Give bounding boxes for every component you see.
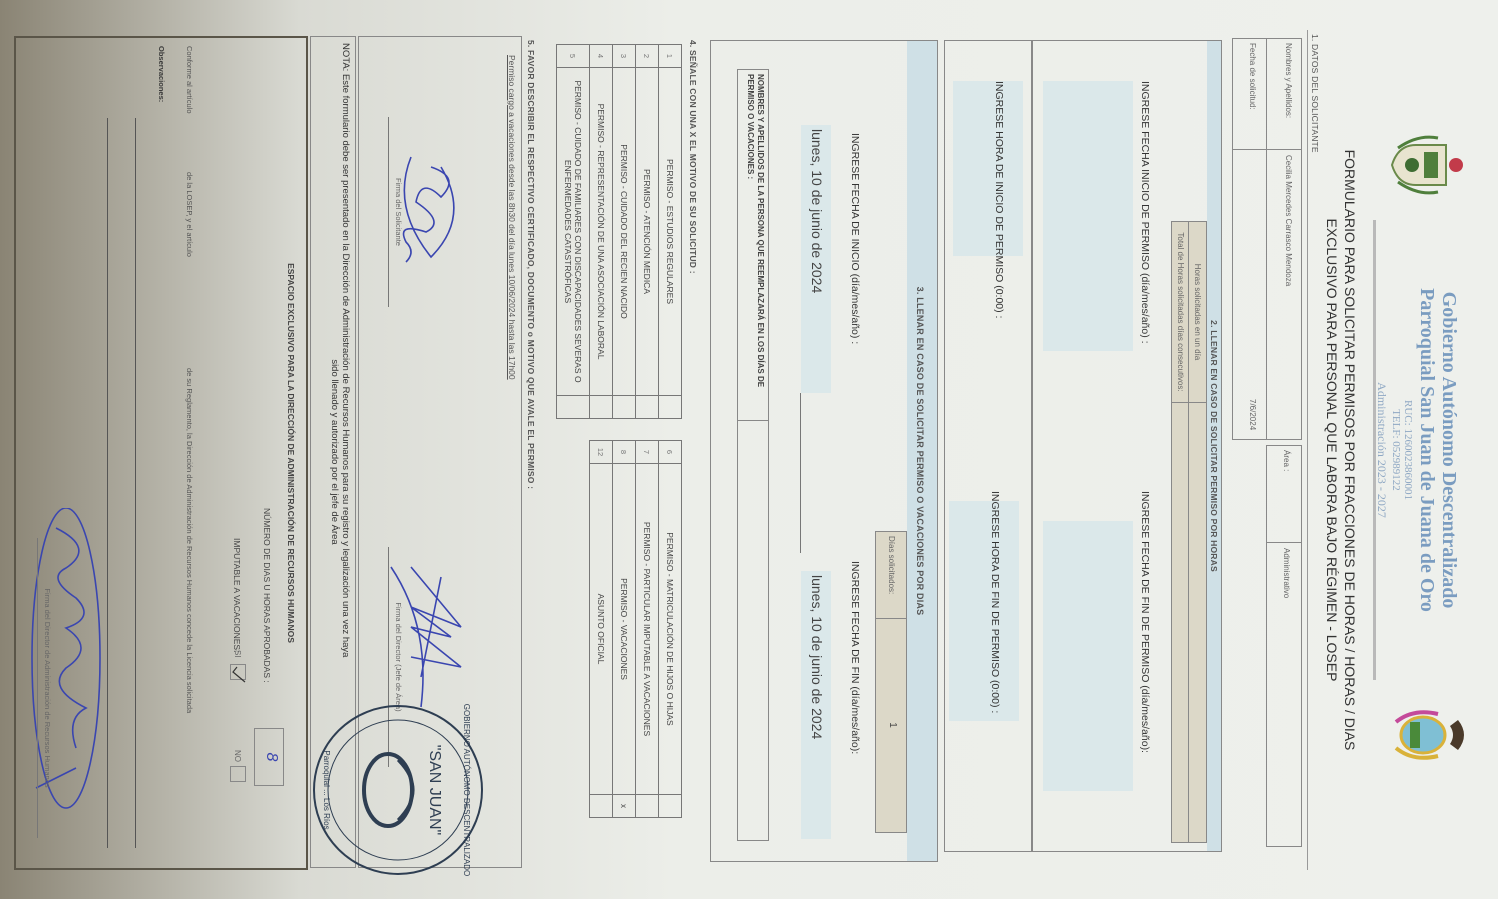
hr-signature-caption: Firma del Director de Administración de … bbox=[43, 538, 52, 838]
reason-row: 6PERMISO - MATRICULACIÓN DE HIJOS O HIJA… bbox=[659, 441, 682, 818]
reason-checkbox[interactable] bbox=[636, 396, 659, 419]
days-table: Días solicitados: 1 bbox=[875, 531, 907, 833]
request-date-label: Fecha de solicitud: bbox=[1248, 43, 1257, 110]
ecuador-coat-of-arms-logo bbox=[1388, 700, 1468, 770]
stamp-center-text: "SAN JUAN" bbox=[426, 745, 443, 835]
name-label: Nombres y Apellidos: bbox=[1284, 43, 1293, 118]
hours-total-label: Total de Horas solicitadas días consecut… bbox=[1176, 222, 1185, 402]
reason-row: 12ASUNTO OFICIAL bbox=[590, 441, 613, 818]
parish-coat-of-arms-logo bbox=[1388, 130, 1468, 200]
applicant-signature-caption: Firma del Solicitante bbox=[394, 117, 403, 307]
reason-row: 5PERMISO - CUIDADO DE FAMILIARES CON DIS… bbox=[557, 45, 590, 419]
hr-director-signature bbox=[16, 508, 106, 818]
section3-days-box: 3. LLENAR EN CASO DE SOLICITAR PERMISO O… bbox=[710, 40, 938, 862]
reason-row: 7PERMISO - PARTICULAR IMPUTABLE A VACACI… bbox=[636, 441, 659, 818]
hr-exclusive-box: ESPACIO EXCLUSIVO PARA LA DIRECCIÓN DE A… bbox=[14, 36, 308, 870]
days-end-value: lunes, 10 de junio de 2024 bbox=[803, 571, 831, 839]
reason-number: 7 bbox=[636, 441, 659, 464]
hours-day-label: Horas solicitadas en un día bbox=[1193, 222, 1202, 402]
hours-end-time-field[interactable] bbox=[949, 501, 1019, 721]
section1-title: 1. DATOS DEL SOLICITANTE bbox=[1310, 34, 1320, 153]
org-administration: Administración 2023 - 2027 bbox=[1375, 220, 1388, 680]
approved-field[interactable]: 8 bbox=[254, 728, 284, 786]
reason-label: PERMISO - CUIDADO DEL RECIEN NACIDO bbox=[613, 68, 636, 396]
reason-number: 12 bbox=[590, 441, 613, 464]
org-name-line2: Parroquial San Juan de Juana de Oro bbox=[1416, 220, 1438, 680]
form-title-line2: EXCLUSIVO PARA PERSONAL QUE LABORA BAJO … bbox=[1323, 60, 1340, 840]
replacement-table: NOMBRES Y APELLIDOS DE LA PERSONA QUE RE… bbox=[737, 69, 769, 841]
official-stamp: "SAN JUAN" GOBIERNO AUTÓNOMO DESCENTRALI… bbox=[308, 700, 488, 880]
header-rule bbox=[1373, 220, 1376, 680]
reasons-table-left: 1PERMISO - ESTUDIOS REGULARES2PERMISO - … bbox=[556, 44, 682, 419]
request-date-value[interactable]: 7/6/2024 bbox=[1248, 399, 1257, 430]
form-title-line1: FORMULARIO PARA SOLICITAR PERMISOS POR F… bbox=[1341, 60, 1358, 840]
stamp-bottom-text: Parroquial ... Los Ríos bbox=[322, 750, 331, 829]
permit-form-document: Gobierno Autónomo Descentralizado Parroq… bbox=[0, 0, 1498, 899]
days-start-field[interactable]: lunes, 10 de junio de 2024 bbox=[801, 125, 831, 393]
reason-checkbox[interactable] bbox=[659, 396, 682, 419]
permit-description[interactable]: Permiso cargo a vacaciones desde las 8h3… bbox=[507, 55, 517, 380]
reason-checkbox[interactable] bbox=[590, 795, 613, 818]
reason-label: PERMISO - CUIDADO DE FAMILIARES CON DISC… bbox=[557, 68, 590, 396]
area-label: Área : bbox=[1282, 450, 1291, 471]
stamp-outer-text: GOBIERNO AUTÓNOMO DESCENTRALIZADO bbox=[462, 704, 471, 876]
reasons-table-right: 6PERMISO - MATRICULACIÓN DE HIJOS O HIJA… bbox=[589, 440, 682, 818]
yes-checkbox[interactable] bbox=[230, 664, 246, 680]
applicant-data-table: Nombres y Apellidos: Cecilia Mercedes Ca… bbox=[1232, 38, 1302, 440]
hours-start-time-field[interactable] bbox=[953, 81, 1023, 256]
approved-label: NÚMERO DE DIAS U HORAS APROBADAS : bbox=[262, 508, 272, 683]
reason-checkbox[interactable] bbox=[557, 396, 590, 419]
reason-row: 1PERMISO - ESTUDIOS REGULARES bbox=[659, 45, 682, 419]
section2-hours-box: 2. LLENAR EN CASO DE SOLICITAR PERMISO P… bbox=[1032, 40, 1222, 852]
reason-row: 3PERMISO - CUIDADO DEL RECIEN NACIDO bbox=[613, 45, 636, 419]
days-end-field[interactable]: lunes, 10 de junio de 2024 bbox=[801, 571, 831, 839]
hours-start-time-label: INGRESE HORA DE INICIO DE PERMISO (0:00)… bbox=[993, 81, 1005, 318]
section5-title: 5. FAVOR DESCRIBIR EL RESPECTIVO CERTIFI… bbox=[526, 40, 536, 489]
imputable-label: IMPUTABLE A VACACIONES: bbox=[232, 538, 242, 652]
section3-title: 3. LLENAR EN CASO DE SOLICITAR PERMISO O… bbox=[915, 41, 925, 861]
approved-value: 8 bbox=[262, 729, 283, 785]
reason-label: ASUNTO OFICIAL bbox=[590, 464, 613, 795]
reason-number: 6 bbox=[659, 441, 682, 464]
org-phone: TELF: 052989122 bbox=[1389, 220, 1402, 680]
reason-number: 3 bbox=[613, 45, 636, 68]
reason-label: PERMISO - ATENCIÓN MEDICA bbox=[636, 68, 659, 396]
legal-text-part3: de su Reglamento, la Dirección de Admini… bbox=[185, 368, 194, 713]
reason-row: 8PERMISO - VACACIONESx bbox=[613, 441, 636, 818]
observations-label: Observaciones: bbox=[157, 46, 166, 102]
reason-checkbox[interactable] bbox=[636, 795, 659, 818]
hours-start-date-label: INGRESE FECHA INICIO DE PERMISO (día/mes… bbox=[1139, 81, 1151, 344]
replacement-label: NOMBRES Y APELLIDOS DE LA PERSONA QUE RE… bbox=[745, 74, 765, 414]
reason-label: PERMISO - REPRESENTACIÓN DE UNA ASOCIACI… bbox=[590, 68, 613, 396]
hr-title: ESPACIO EXCLUSIVO PARA LA DIRECCIÓN DE A… bbox=[286, 38, 296, 868]
hours-end-time-label: INGRESE HORA DE FIN DE PERMISO (0:00) : bbox=[989, 491, 1001, 713]
section2-title: 2. LLENAR EN CASO DE SOLICITAR PERMISO P… bbox=[1209, 41, 1219, 851]
org-name-line1: Gobierno Autónomo Descentralizado bbox=[1438, 220, 1460, 680]
area-table: Área : Administrativo bbox=[1266, 445, 1302, 847]
reason-row: 2PERMISO - ATENCIÓN MEDICA bbox=[636, 45, 659, 419]
days-end-label: INGRESE FECHA DE FIN (día/mes/año): bbox=[849, 561, 861, 754]
days-value[interactable]: 1 bbox=[887, 618, 898, 832]
reason-checkbox[interactable] bbox=[659, 795, 682, 818]
area-value[interactable]: Administrativo bbox=[1282, 548, 1291, 598]
no-checkbox[interactable] bbox=[230, 766, 246, 782]
reason-label: PERMISO - MATRICULACIÓN DE HIJOS O HIJAS bbox=[659, 464, 682, 795]
reason-checkbox[interactable] bbox=[613, 396, 636, 419]
legal-text-part1: Conforme al artículo bbox=[185, 46, 194, 114]
yes-label: SI bbox=[233, 650, 242, 658]
observations-line-2[interactable] bbox=[107, 118, 108, 848]
section2-times-box: INGRESE HORA DE INICIO DE PERMISO (0:00)… bbox=[944, 40, 1032, 852]
org-ruc: RUC: 1260023860001 bbox=[1401, 220, 1414, 680]
reason-number: 2 bbox=[636, 45, 659, 68]
hours-end-date-field[interactable] bbox=[1043, 521, 1133, 791]
days-start-label: INGRESE FECHA DE INICIO (día/mes/año) : bbox=[849, 133, 861, 344]
reason-number: 8 bbox=[613, 441, 636, 464]
hours-table: Horas solicitadas en un día Total de Hor… bbox=[1171, 221, 1207, 843]
reason-number: 1 bbox=[659, 45, 682, 68]
reason-label: PERMISO - VACACIONES bbox=[613, 464, 636, 795]
reason-checkbox[interactable]: x bbox=[613, 795, 636, 818]
days-start-value: lunes, 10 de junio de 2024 bbox=[803, 125, 831, 393]
days-label: Días solicitados: bbox=[887, 536, 896, 594]
name-value[interactable]: Cecilia Mercedes Carrasco Mendoza bbox=[1284, 155, 1293, 286]
reason-label: PERMISO - ESTUDIOS REGULARES bbox=[659, 68, 682, 396]
reason-row: 4PERMISO - REPRESENTACIÓN DE UNA ASOCIAC… bbox=[590, 45, 613, 419]
reason-label: PERMISO - PARTICULAR IMPUTABLE A VACACIO… bbox=[636, 464, 659, 795]
section4-title: 4. SEÑALE CON UNA X EL MOTIVO DE SU SOLI… bbox=[688, 40, 698, 274]
reason-checkbox[interactable] bbox=[590, 396, 613, 419]
no-label: NO bbox=[233, 750, 242, 762]
observations-line-1[interactable] bbox=[135, 118, 136, 848]
legal-text-part2: de la LOSEP, y el artículo bbox=[185, 172, 194, 257]
hours-end-date-label: INGRESE FECHA DE FIN DE PERMISO (día/mes… bbox=[1139, 491, 1151, 753]
hours-start-date-field[interactable] bbox=[1043, 81, 1133, 351]
reason-number: 4 bbox=[590, 45, 613, 68]
reason-number: 5 bbox=[557, 45, 590, 68]
